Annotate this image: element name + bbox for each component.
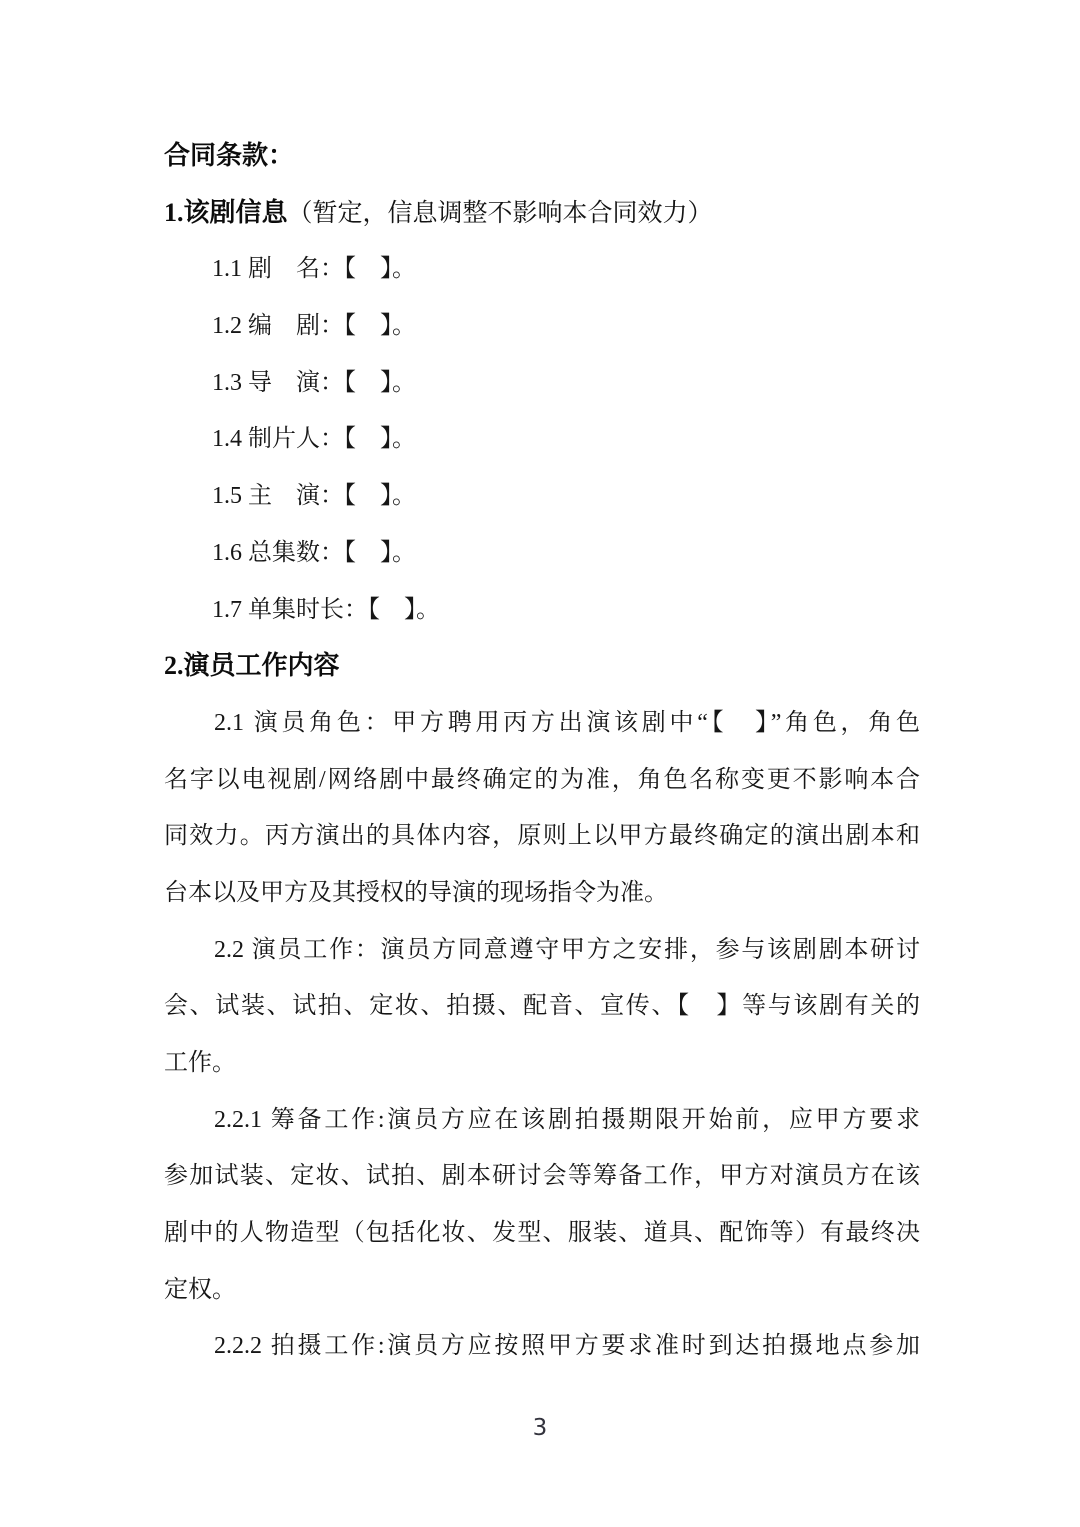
contract-document-page: 合同条款： 1.该剧信息（暂定，信息调整不影响本合同效力） 1.1 剧 名：【 … [0, 0, 1080, 1527]
clause-item-1-1: 1.1 剧 名：【 】。 [164, 241, 920, 298]
clause-2-2-1-line: 参加试装、定妆、试拍、剧本研讨会等筹备工作，甲方对演员方在该 [164, 1148, 920, 1205]
clause-2-1-line: 2.1 演员角色：甲方聘用丙方出演该剧中“【 】”角色，角色 [164, 695, 920, 752]
clause-item-1-5: 1.5 主 演：【 】。 [164, 468, 920, 525]
clause-2-2-1-line: 2.2.1 筹备工作:演员方应在该剧拍摄期限开始前，应甲方要求 [164, 1092, 920, 1149]
clause-item-1-4: 1.4 制片人：【 】。 [164, 411, 920, 468]
clause-2-2-line: 会、试装、试拍、定妆、拍摄、配音、宣传、【 】等与该剧有关的 [164, 978, 920, 1035]
clause-item-1-2: 1.2 编 剧：【 】。 [164, 298, 920, 355]
clause-2-1-line: 台本以及甲方及其授权的导演的现场指令为准。 [164, 865, 920, 922]
clause-2-2-2-line: 2.2.2 拍摄工作:演员方应按照甲方要求准时到达拍摄地点参加 [164, 1318, 920, 1375]
document-body: 合同条款： 1.该剧信息（暂定，信息调整不影响本合同效力） 1.1 剧 名：【 … [164, 128, 920, 1375]
clause-1-heading-note: （暂定，信息调整不影响本合同效力） [288, 200, 713, 227]
contract-terms-heading: 合同条款： [164, 128, 920, 185]
page-number: 3 [0, 1408, 1080, 1448]
clause-2-2-line: 2.2 演员工作：演员方同意遵守甲方之安排，参与该剧剧本研讨 [164, 922, 920, 979]
clause-1-heading: 1.该剧信息（暂定，信息调整不影响本合同效力） [164, 185, 920, 242]
clause-2-heading: 2.演员工作内容 [164, 638, 920, 695]
clause-2-2-1-line: 定权。 [164, 1262, 920, 1319]
clause-item-1-7: 1.7 单集时长：【 】。 [164, 582, 920, 639]
clause-item-1-6: 1.6 总集数：【 】。 [164, 525, 920, 582]
clause-2-2-1-line: 剧中的人物造型（包括化妆、发型、服装、道具、配饰等）有最终决 [164, 1205, 920, 1262]
clause-2-1-line: 名字以电视剧/网络剧中最终确定的为准，角色名称变更不影响本合 [164, 752, 920, 809]
clause-item-1-3: 1.3 导 演：【 】。 [164, 355, 920, 412]
clause-1-heading-bold: 1.该剧信息 [164, 198, 288, 227]
clause-2-2-line: 工作。 [164, 1035, 920, 1092]
clause-2-1-line: 同效力。丙方演出的具体内容，原则上以甲方最终确定的演出剧本和 [164, 808, 920, 865]
